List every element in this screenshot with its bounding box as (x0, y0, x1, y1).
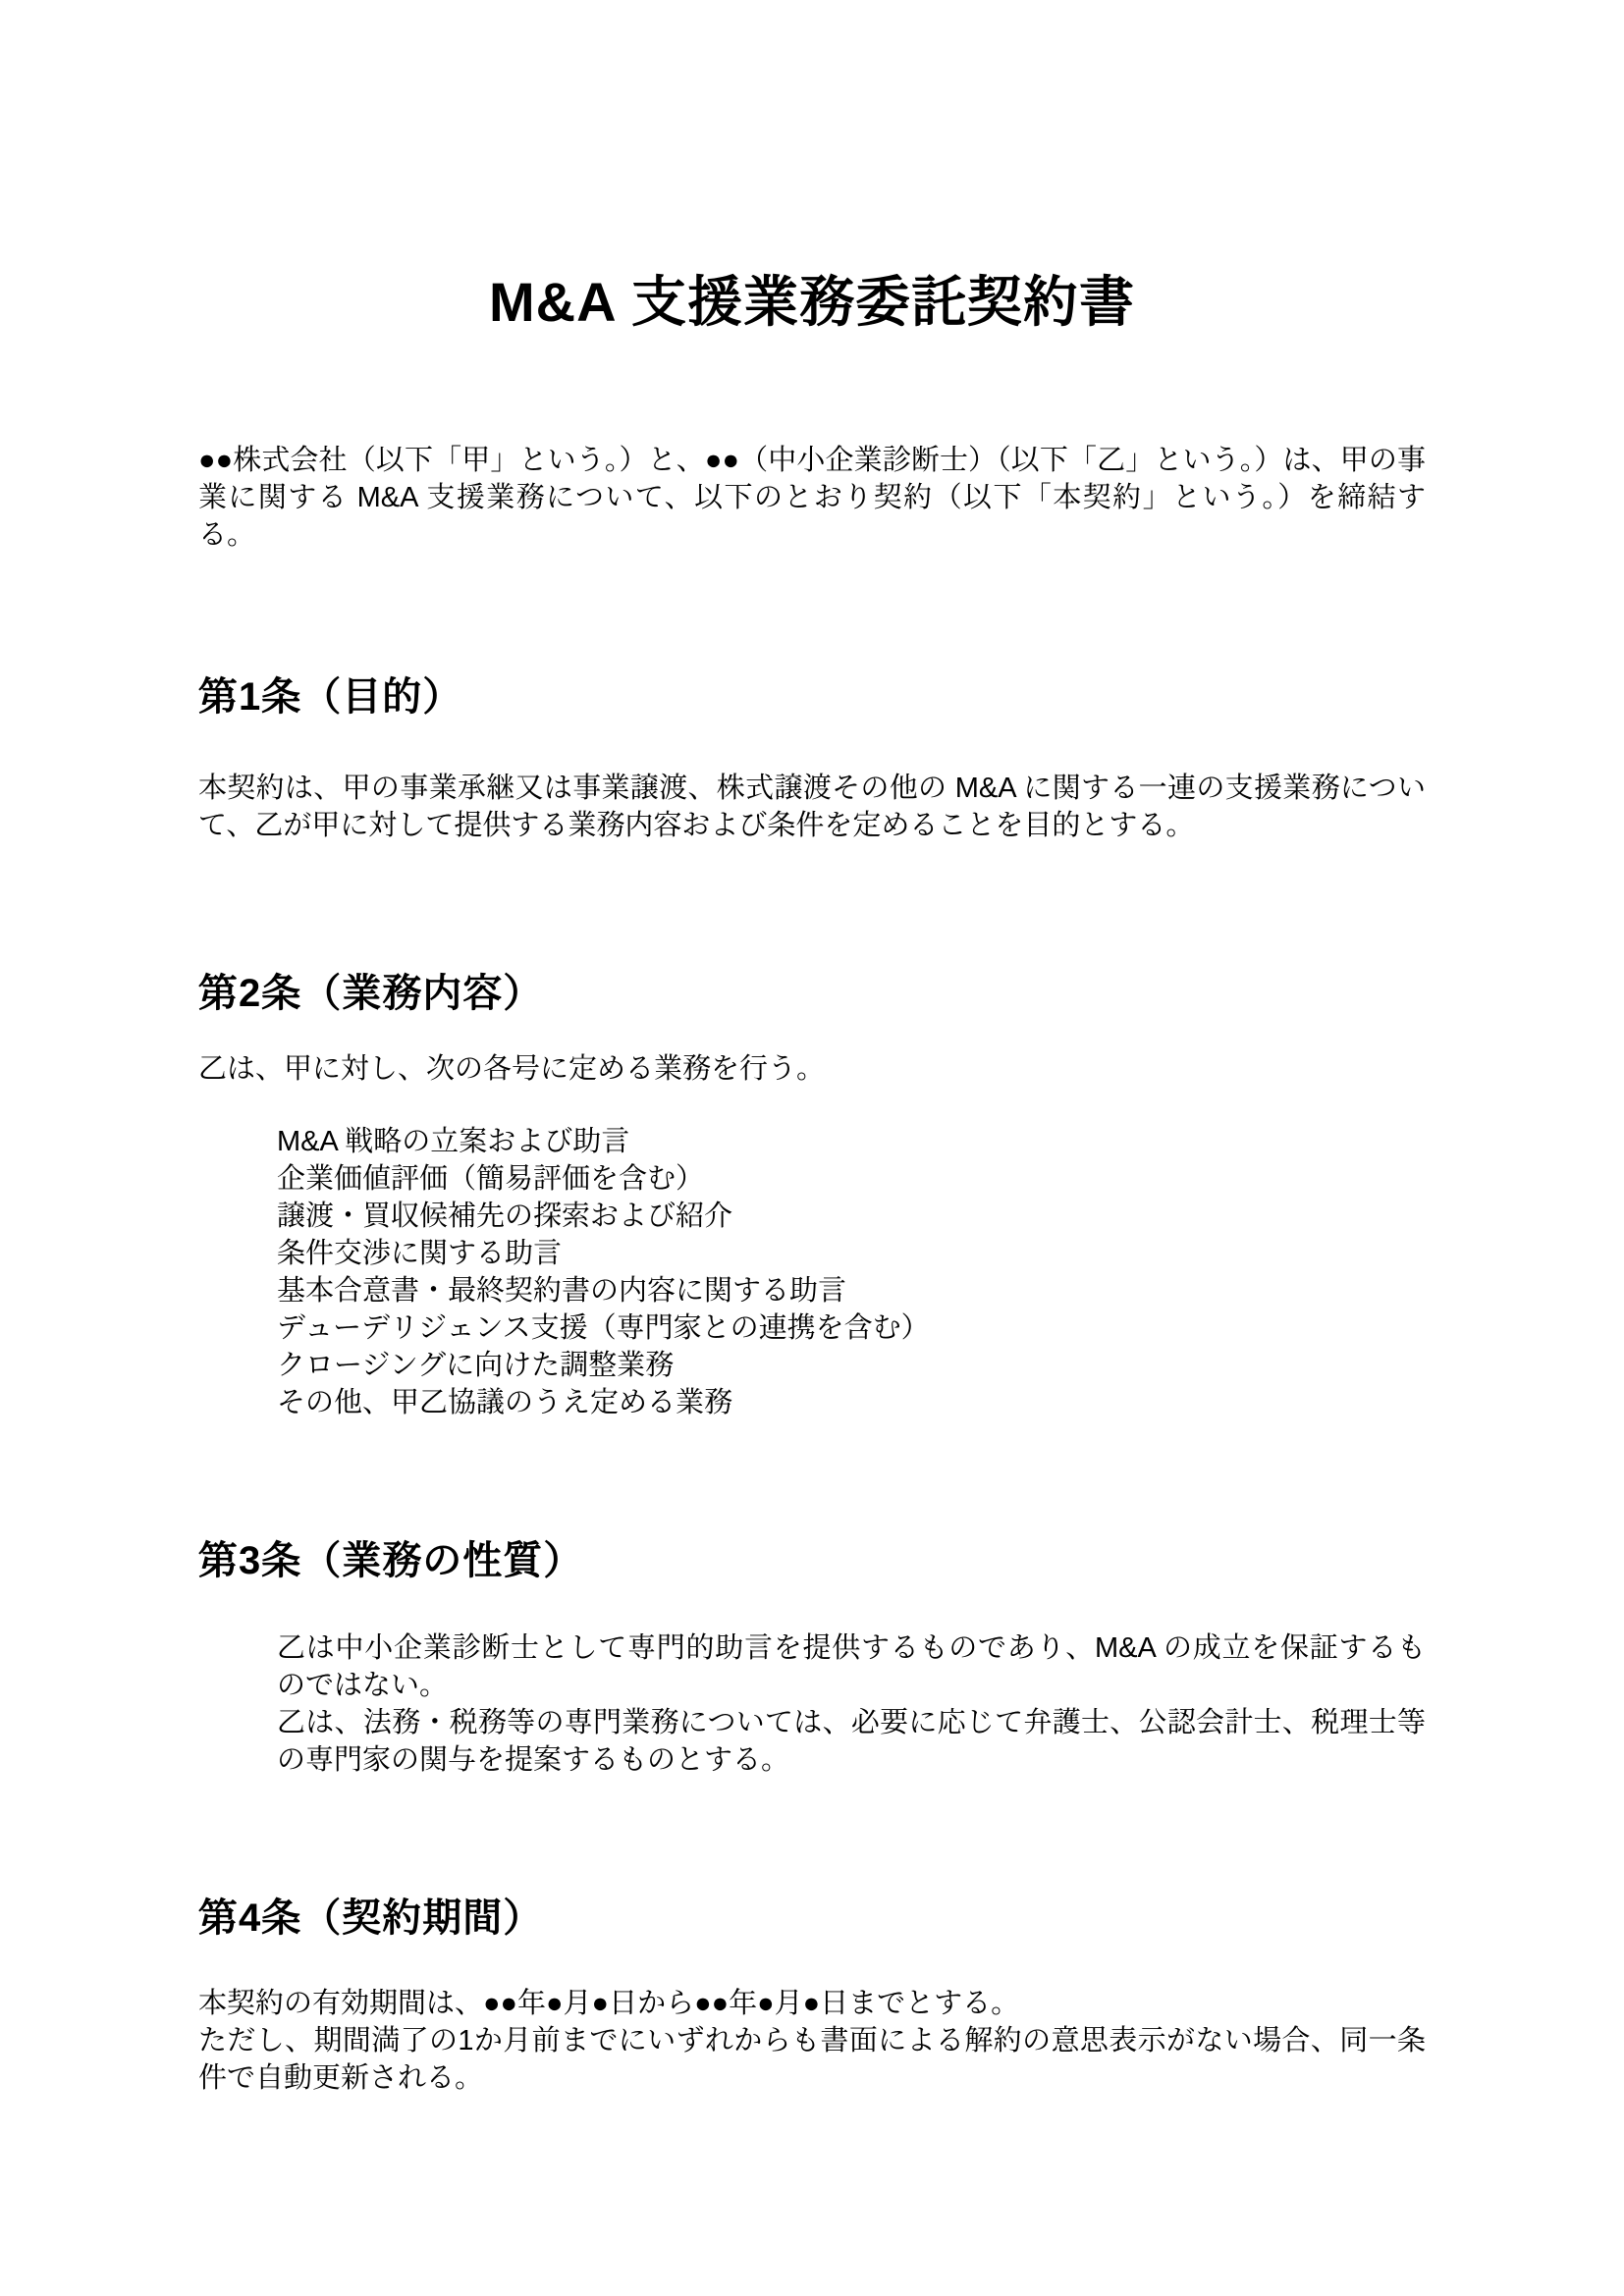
article-3-paragraph-2: 乙は、法務・税務等の専門業務については、必要に応じて弁護士、公認会計士、税理士等… (277, 1704, 1426, 1779)
service-item: M&A 戦略の立案および助言 (277, 1123, 1426, 1160)
service-item: 条件交渉に関する助言 (277, 1235, 1426, 1272)
article-4-term: 第4条（契約期間） 本契約の有効期間は、●●年●月●日から●●年●月●日までとす… (198, 1895, 1426, 2097)
article-3-body: 乙は中小企業診断士として専門的助言を提供するものであり、M&A の成立を保証する… (198, 1629, 1426, 1779)
article-1-body: 本契約は、甲の事業承継又は事業譲渡、株式譲渡その他の M&A に関する一連の支援… (198, 770, 1426, 844)
article-2-services: 第2条（業務内容） 乙は、甲に対し、次の各号に定める業務を行う。 M&A 戦略の… (198, 970, 1426, 1421)
article-1-heading: 第1条（目的） (198, 673, 1426, 721)
service-item: 企業価値評価（簡易評価を含む） (277, 1160, 1426, 1198)
service-item: その他、甲乙協議のうえ定める業務 (277, 1384, 1426, 1421)
contract-document-page: M&A 支援業務委託契約書 ●●株式会社（以下「甲」という。）と、●●（中小企業… (0, 0, 1624, 2296)
article-4-paragraph-2: ただし、期間満了の1か月前までにいずれからも書面による解約の意思表示がない場合、… (198, 2022, 1426, 2097)
service-item: 基本合意書・最終契約書の内容に関する助言 (277, 1272, 1426, 1309)
article-3-heading: 第3条（業務の性質） (198, 1537, 1426, 1584)
article-4-heading: 第4条（契約期間） (198, 1895, 1426, 1942)
service-item: クロージングに向けた調整業務 (277, 1347, 1426, 1384)
service-item: デューデリジェンス支援（専門家との連携を含む） (277, 1309, 1426, 1347)
article-2-lead: 乙は、甲に対し、次の各号に定める業務を行う。 (198, 1050, 1426, 1088)
document-title: M&A 支援業務委託契約書 (198, 271, 1426, 334)
article-1-purpose: 第1条（目的） 本契約は、甲の事業承継又は事業譲渡、株式譲渡その他の M&A に… (198, 673, 1426, 844)
article-3-nature: 第3条（業務の性質） 乙は中小企業診断士として専門的助言を提供するものであり、M… (198, 1537, 1426, 1779)
service-item: 譲渡・買収候補先の探索および紹介 (277, 1198, 1426, 1235)
article-3-paragraph-1: 乙は中小企業診断士として専門的助言を提供するものであり、M&A の成立を保証する… (277, 1629, 1426, 1704)
service-list: M&A 戦略の立案および助言 企業価値評価（簡易評価を含む） 譲渡・買収候補先の… (198, 1123, 1426, 1421)
intro-paragraph: ●●株式会社（以下「甲」という。）と、●●（中小企業診断士）（以下「乙」という。… (198, 442, 1426, 554)
article-4-paragraph-1: 本契約の有効期間は、●●年●月●日から●●年●月●日までとする。 (198, 1985, 1426, 2022)
article-2-heading: 第2条（業務内容） (198, 970, 1426, 1017)
